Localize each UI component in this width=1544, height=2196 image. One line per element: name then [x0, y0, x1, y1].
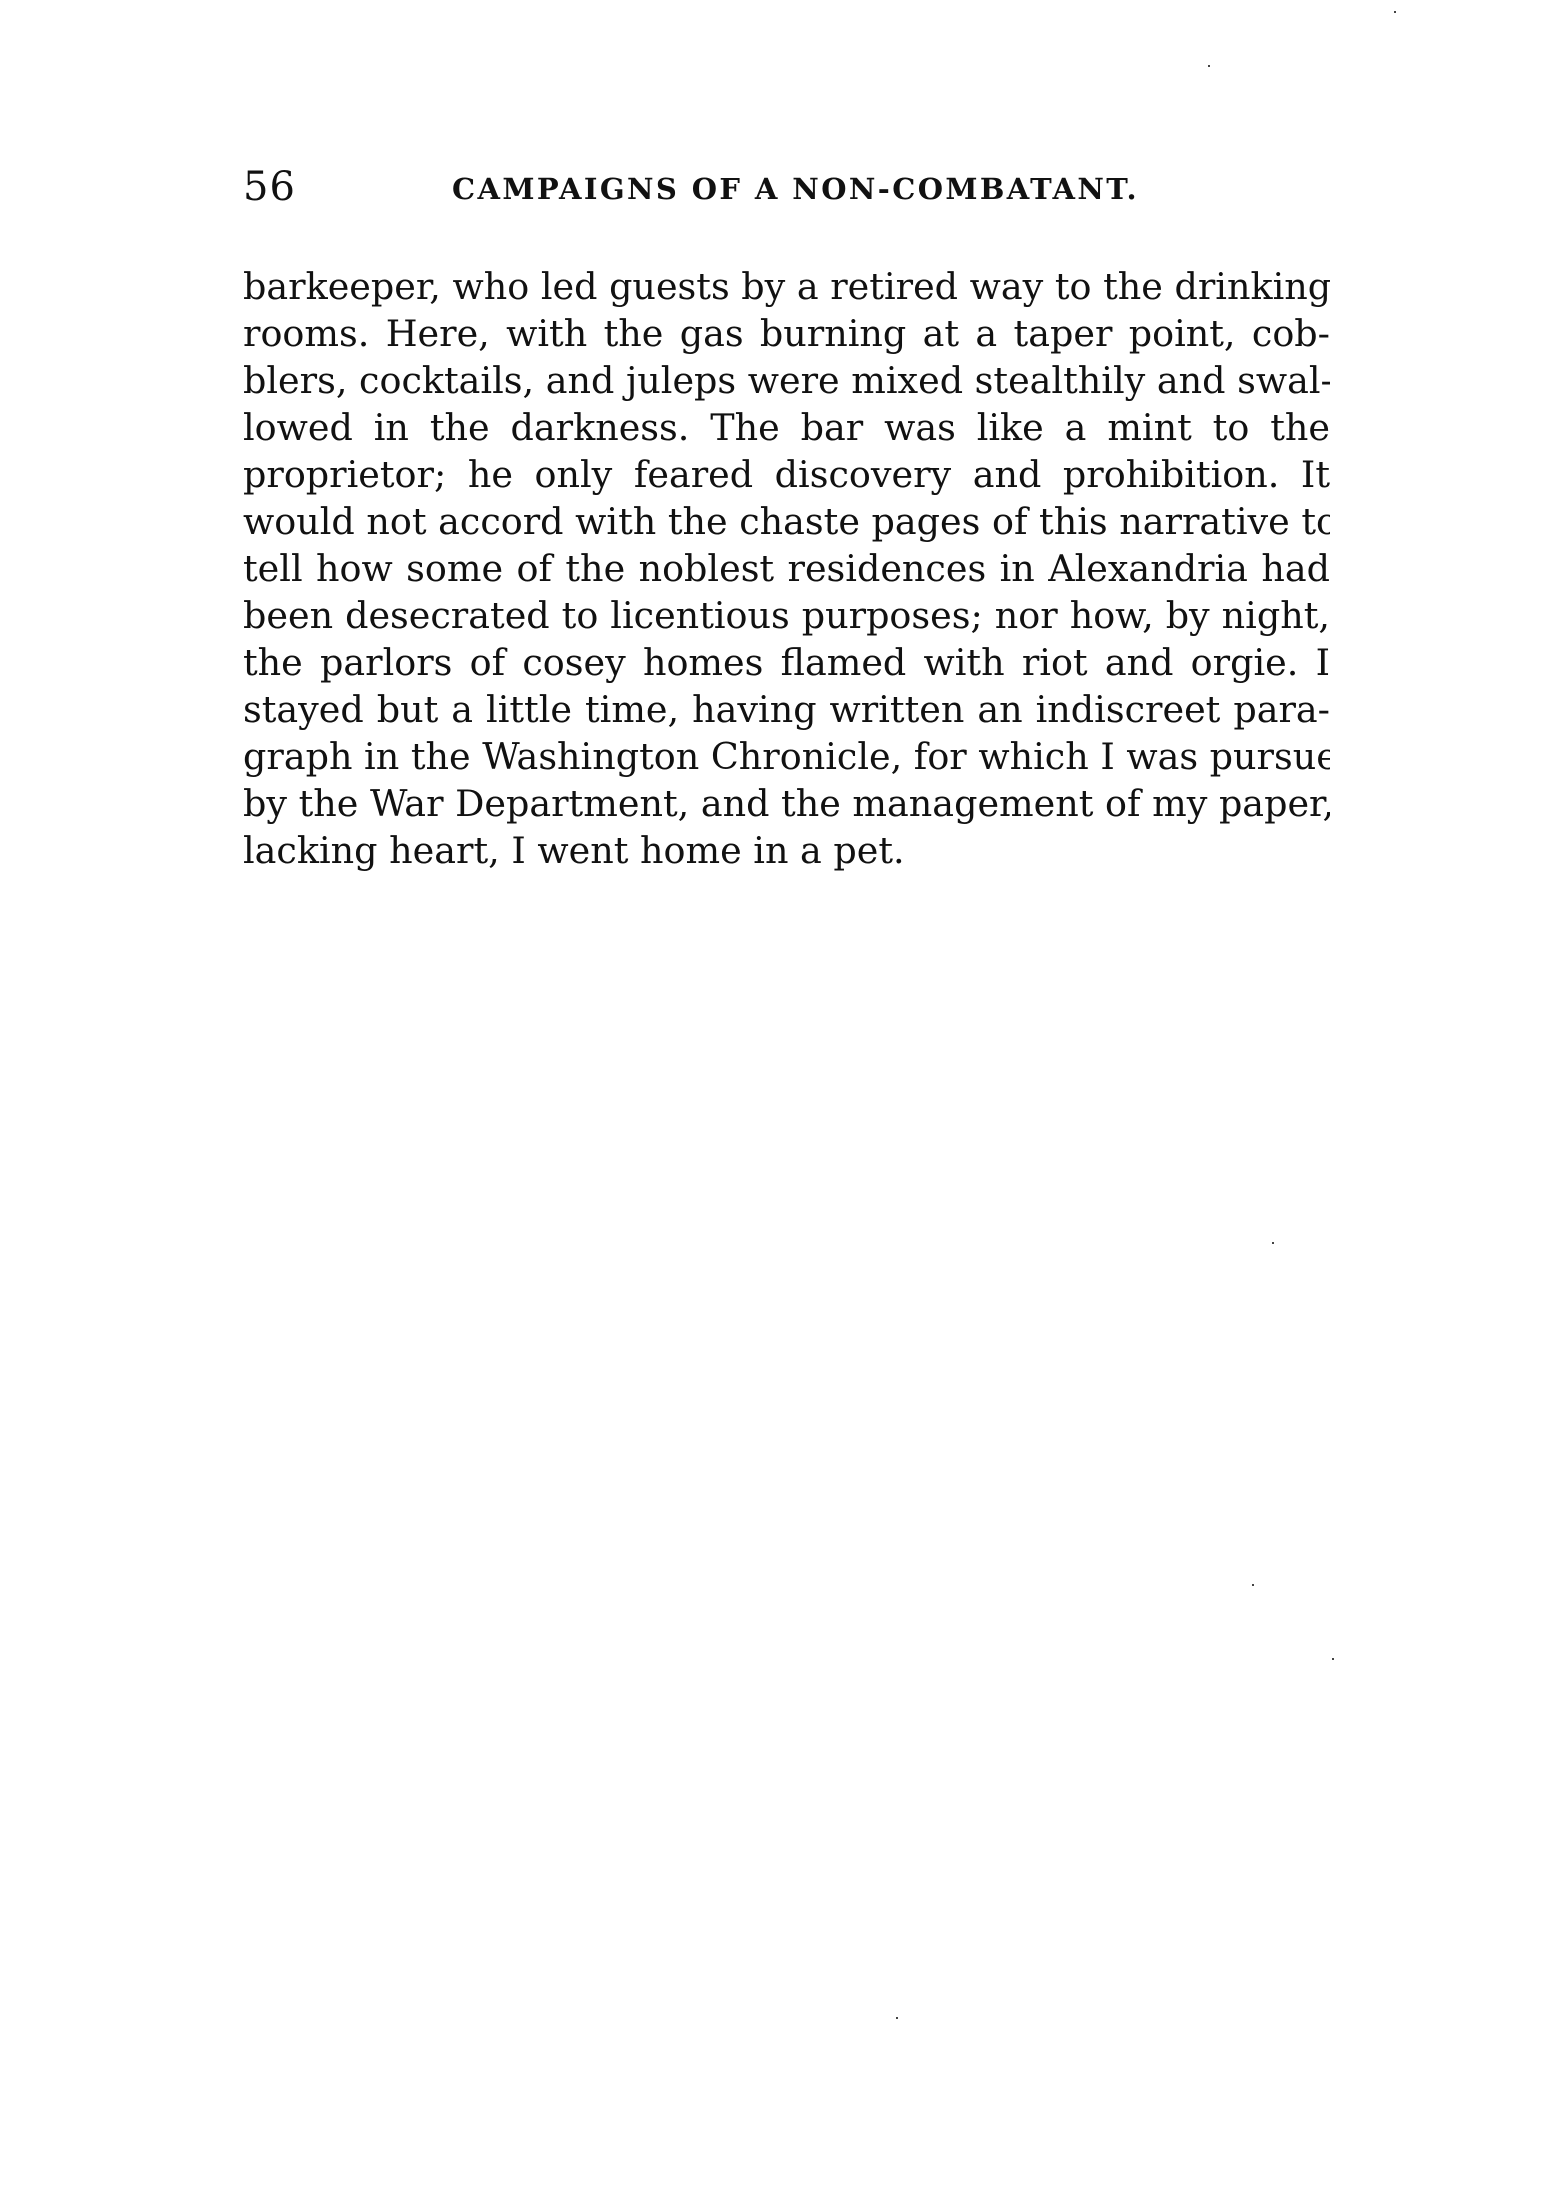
text-line: proprietor; he only feared discovery and…: [243, 451, 1330, 498]
scan-speck: [1252, 1584, 1254, 1586]
running-head: 56 CAMPAIGNS OF A NON-COMBATANT.: [243, 164, 1330, 210]
running-head-title: CAMPAIGNS OF A NON-COMBATANT.: [452, 172, 1112, 206]
text-line-last: lacking heart, I went home in a pet.: [243, 827, 1330, 874]
book-page: 56 CAMPAIGNS OF A NON-COMBATANT. barkeep…: [0, 0, 1544, 2196]
text-line: tell how some of the noblest residences …: [243, 545, 1330, 592]
text-line: the parlors of cosey homes flamed with r…: [243, 639, 1330, 686]
text-line: lowed in the darkness. The bar was like …: [243, 404, 1330, 451]
text-line: rooms. Here, with the gas burning at a t…: [243, 310, 1330, 357]
body-text: barkeeper, who led guests by a retired w…: [243, 263, 1330, 874]
scan-speck: [1394, 11, 1396, 13]
scan-speck: [1272, 1242, 1274, 1244]
scan-speck: [1208, 65, 1210, 67]
text-line: stayed but a little time, having written…: [243, 686, 1330, 733]
text-line: graph in the Washington Chronicle, for w…: [243, 733, 1330, 780]
text-line: barkeeper, who led guests by a retired w…: [243, 263, 1330, 310]
scan-speck: [896, 2017, 898, 2019]
text-line: blers, cocktails, and juleps were mixed …: [243, 357, 1330, 404]
page-number: 56: [243, 164, 296, 210]
text-line: by the War Department, and the managemen…: [243, 780, 1330, 827]
text-line: would not accord with the chaste pages o…: [243, 498, 1330, 545]
text-line: been desecrated to licentious purposes; …: [243, 592, 1330, 639]
scan-speck: [1332, 1658, 1334, 1660]
